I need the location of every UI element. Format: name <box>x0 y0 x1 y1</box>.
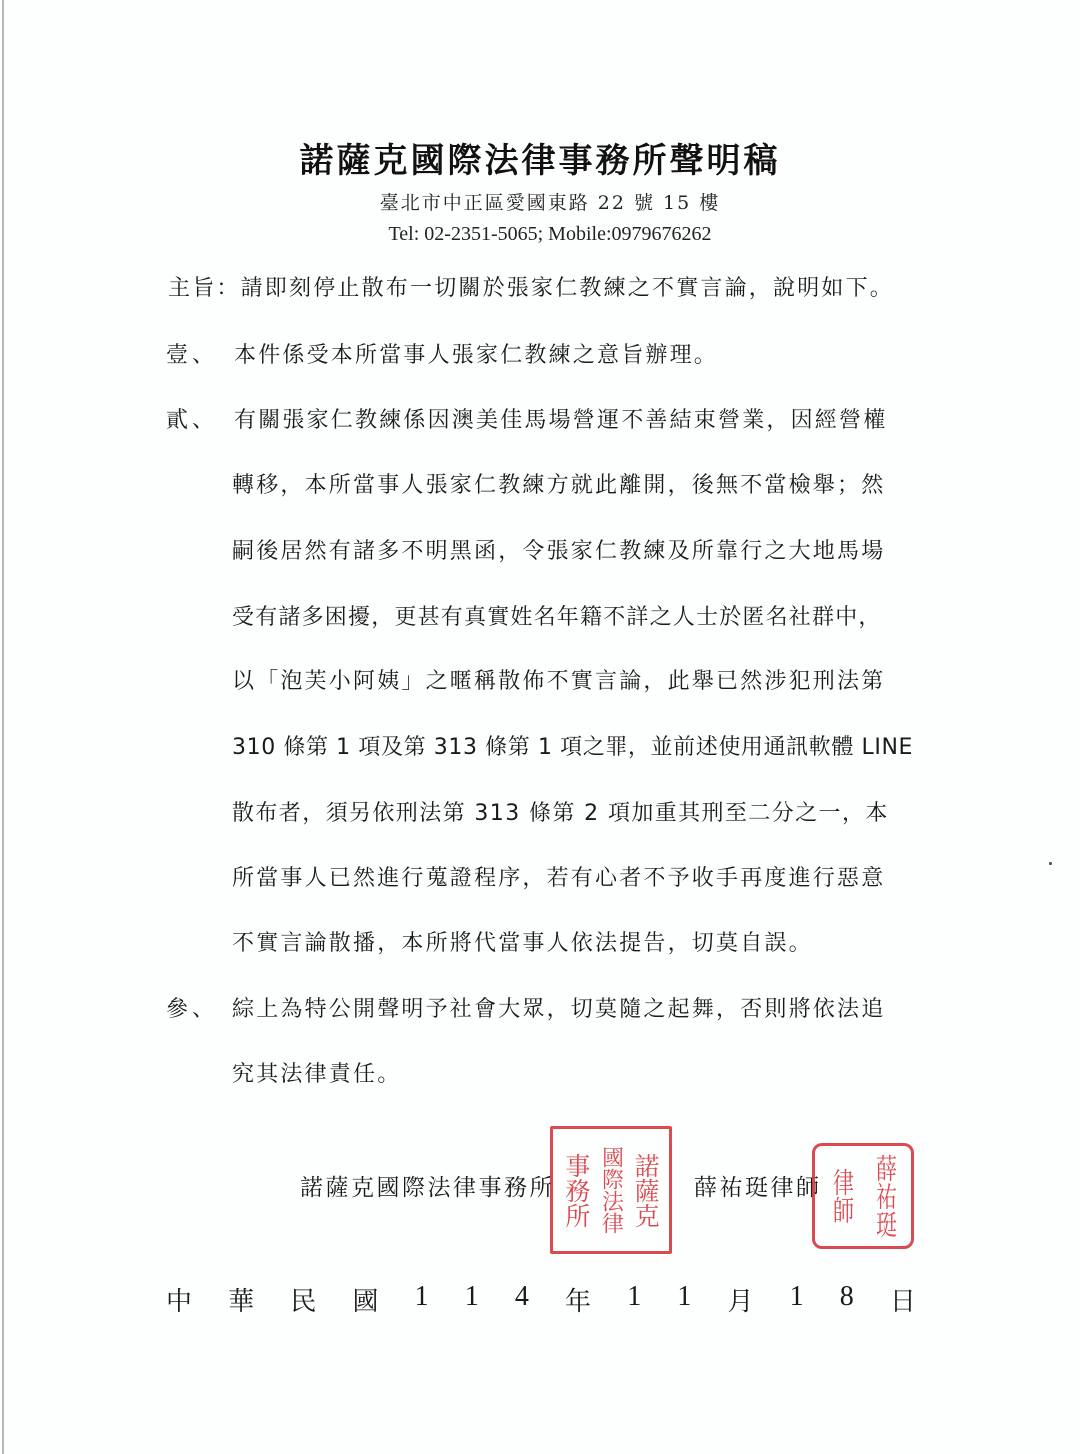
signature-lawyer-name: 薛祐珽律師 <box>694 1169 822 1202</box>
section-2-line: 散布者，須另依刑法第 313 條第 2 項加重其刑至二分之一，本 <box>232 796 889 827</box>
document-date: 中 華 民 國 1 1 4 年 1 1 月 1 8 日 <box>166 1281 916 1318</box>
section-2-line: 不實言論散播，本所將代當事人依法提告，切莫自誤。 <box>232 926 813 957</box>
seal-column: 國際法律 <box>596 1133 625 1247</box>
subject-line: 主旨：請即刻停止散布一切關於張家仁教練之不實言論，說明如下。 <box>168 271 894 302</box>
section-2-line: 以「泡芙小阿姨」之暱稱散佈不實言論，此舉已然涉犯刑法第 <box>232 664 885 695</box>
date-char: 日 <box>890 1281 916 1318</box>
section-label-3: 參、 <box>166 992 218 1023</box>
section-label-1: 壹、 <box>166 338 218 369</box>
lawyer-seal-stamp: 薛祐珽 律師 <box>812 1143 914 1249</box>
document-title: 諾薩克國際法律事務所聲明稿 <box>0 133 1080 182</box>
firm-address: 臺北市中正區愛國東路 22 號 15 樓 <box>0 188 1080 215</box>
section-label-2: 貳、 <box>166 403 218 434</box>
date-digit: 1 <box>627 1281 641 1318</box>
section-2-line: 受有諸多困擾，更甚有真實姓名年籍不詳之人士於匿名社群中， <box>232 600 882 631</box>
date-digit: 1 <box>465 1281 479 1318</box>
date-digit: 1 <box>790 1281 804 1318</box>
scan-edge <box>2 0 4 1454</box>
date-digit: 4 <box>515 1281 529 1318</box>
section-2-line: 有關張家仁教練係因澳美佳馬場營運不善結束營業，因經營權 <box>234 403 887 434</box>
section-2-line: 所當事人已然進行蒐證程序，若有心者不予收手再度進行惡意 <box>232 861 885 892</box>
date-digit: 8 <box>840 1281 854 1318</box>
seal-column: 事務所 <box>562 1133 591 1247</box>
section-2-line: 轉移，本所當事人張家仁教練方就此離開，後無不當檢舉；然 <box>232 468 885 499</box>
signature-firm-name: 諾薩克國際法律事務所 <box>300 1169 555 1202</box>
seal-column: 律師 <box>830 1150 853 1242</box>
scan-speck <box>1049 862 1052 865</box>
date-char: 月 <box>727 1281 753 1318</box>
date-char: 華 <box>228 1281 254 1318</box>
seal-column: 薛祐珽 <box>873 1150 896 1242</box>
section-3-line: 綜上為特公開聲明予社會大眾，切莫隨之起舞，否則將依法追 <box>232 992 885 1023</box>
firm-contact: Tel: 02-2351-5065; Mobile:0979676262 <box>0 223 1080 246</box>
date-char: 國 <box>352 1281 378 1318</box>
section-2-line: 嗣後居然有諸多不明黑函，令張家仁教練及所靠行之大地馬場 <box>232 534 885 565</box>
date-char: 年 <box>565 1281 591 1318</box>
section-2-line: 310 條第 1 項及第 313 條第 1 項之罪，並前述使用通訊軟體 LINE <box>232 730 913 761</box>
section-3-line: 究其法律責任。 <box>232 1057 401 1088</box>
firm-seal-stamp: 諾薩克 國際法律 事務所 <box>550 1126 672 1254</box>
date-digit: 1 <box>415 1281 429 1318</box>
date-char: 中 <box>166 1281 192 1318</box>
section-1-line: 本件係受本所當事人張家仁教練之意旨辦理。 <box>234 338 718 369</box>
seal-column: 諾薩克 <box>631 1133 660 1247</box>
date-digit: 1 <box>677 1281 691 1318</box>
date-char: 民 <box>290 1281 316 1318</box>
